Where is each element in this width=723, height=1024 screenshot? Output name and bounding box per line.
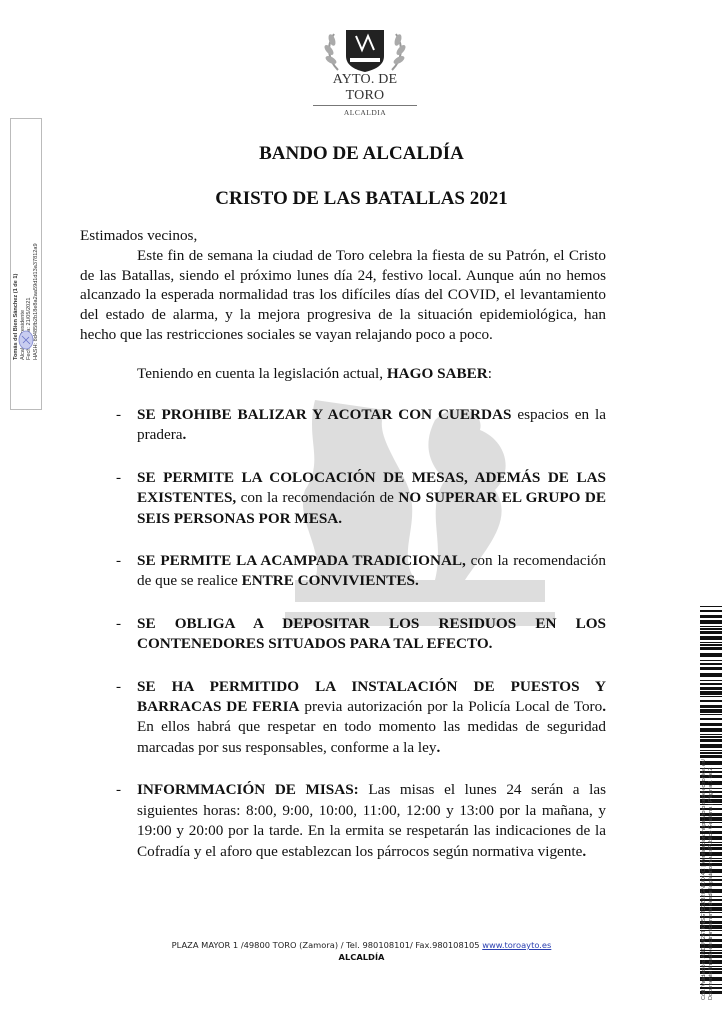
- greeting: Estimados vecinos,: [80, 226, 606, 246]
- logo-divider: [313, 105, 417, 106]
- list-item: - INFORMMACIÓN DE MISAS: Las misas el lu…: [80, 780, 606, 862]
- logo-name: AYTO. DE TORO: [313, 72, 417, 104]
- decree-list: - SE PROHIBE BALIZAR Y ACOTAR CON CUERDA…: [80, 405, 606, 884]
- intro-paragraph: Este fin de semana la ciudad de Toro cel…: [80, 246, 606, 345]
- website-link[interactable]: www.toroayto.es: [482, 940, 551, 950]
- logo-subtitle: ALCALDIA: [313, 108, 417, 117]
- hago-saber-bold: HAGO SABER: [387, 365, 488, 382]
- footer-address: PLAZA MAYOR 1 /49800 TORO (Zamora) / Tel…: [0, 940, 723, 950]
- document-body: Estimados vecinos, Este fin de semana la…: [80, 226, 606, 384]
- seal-stamp-icon: [18, 330, 34, 350]
- list-item: - SE OBLIGA A DEPOSITAR LOS RESIDUOS EN …: [80, 614, 606, 655]
- town-hall-logo: AYTO. DE TORO ALCALDIA: [313, 26, 417, 117]
- document-title: BANDO DE ALCALDÍA: [0, 143, 723, 165]
- list-item: - SE PERMITE LA ACAMPADA TRADICIONAL, co…: [80, 551, 606, 592]
- hago-saber-line: Teniendo en cuenta la legislación actual…: [80, 364, 606, 384]
- list-item: - SE HA PERMITIDO LA INSTALACIÓN DE PUES…: [80, 677, 606, 759]
- footer-department: ALCALDÍA: [0, 952, 723, 962]
- coat-of-arms-icon: [320, 26, 410, 74]
- validation-code: Cód. Validación: ANDJM26TKNSGT53Z82GN6XX…: [701, 600, 708, 1000]
- validation-info: Cód. Validación: ANDJM26TKNSGT53Z82GN6XX…: [701, 600, 714, 1000]
- validation-platform: Documento firmado electrónicamente desde…: [708, 600, 715, 1000]
- list-item: - SE PROHIBE BALIZAR Y ACOTAR CON CUERDA…: [80, 405, 606, 446]
- document-subtitle: CRISTO DE LAS BATALLAS 2021: [0, 188, 723, 210]
- list-item: - SE PERMITE LA COLOCACIÓN DE MESAS, ADE…: [80, 468, 606, 529]
